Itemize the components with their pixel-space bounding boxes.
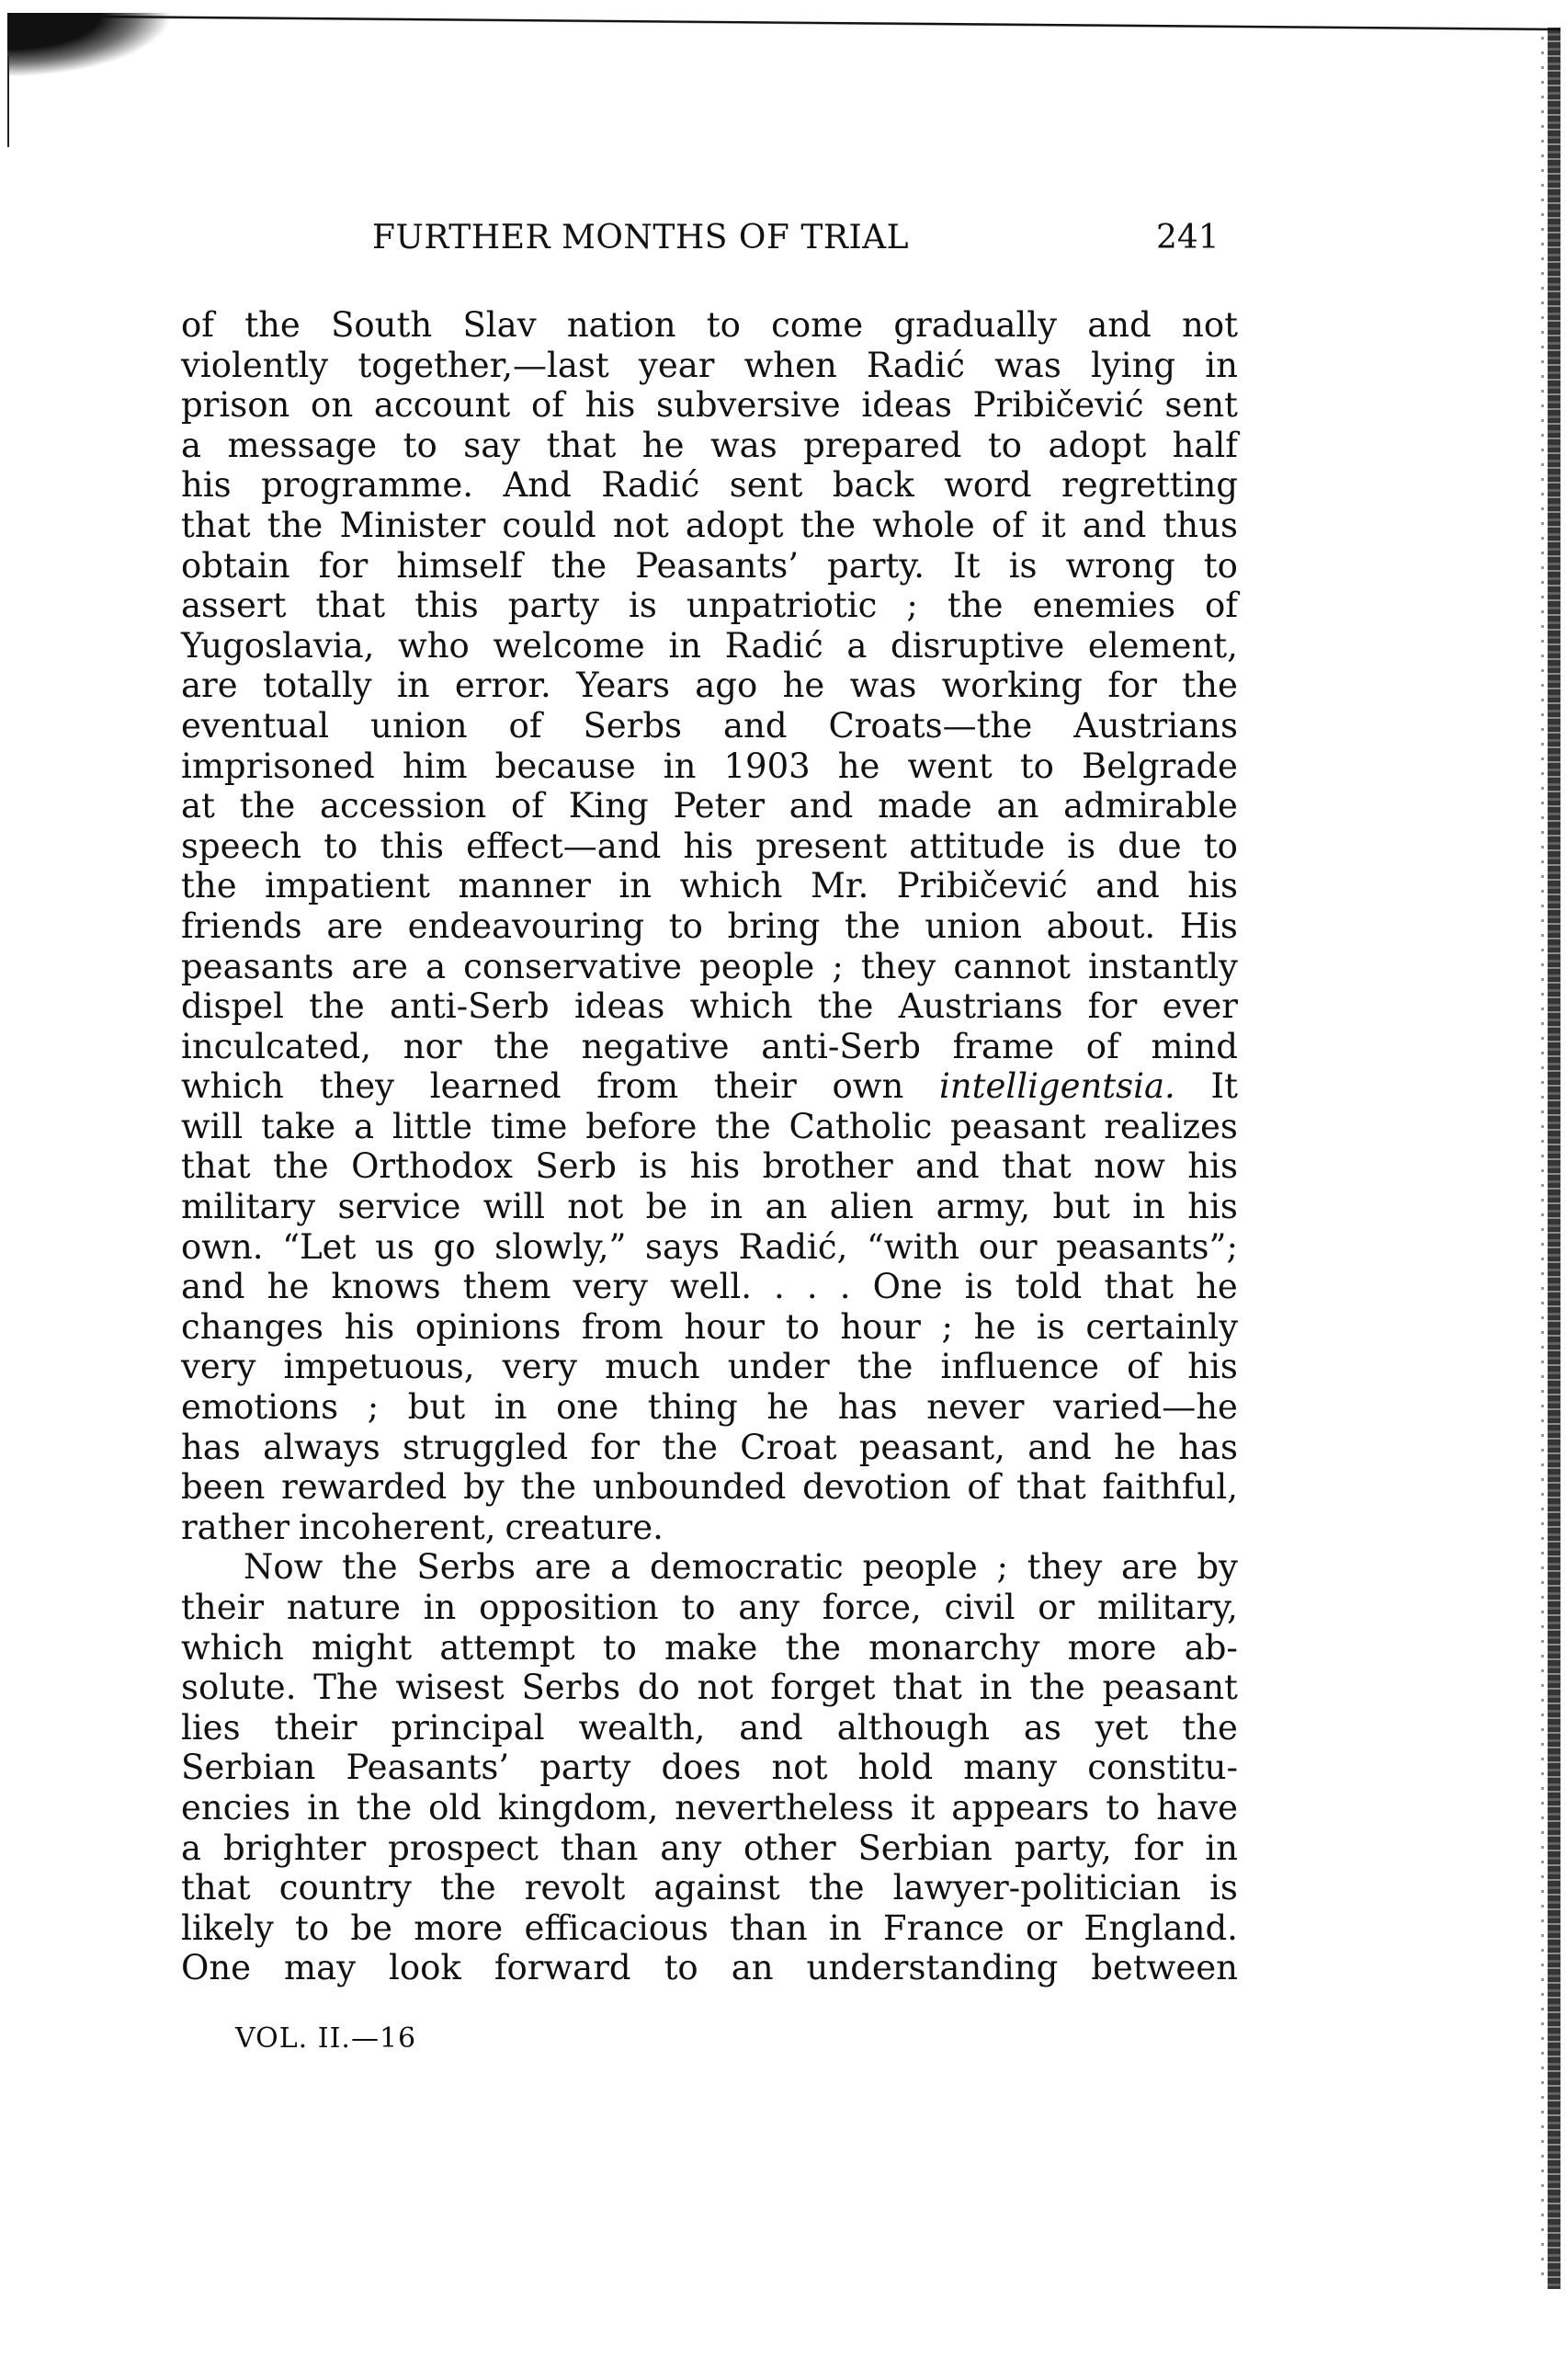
word: half — [1173, 426, 1238, 466]
word: to — [1020, 746, 1054, 787]
word: the — [357, 1788, 413, 1828]
word: England. — [1084, 1908, 1238, 1949]
word: wrong — [1066, 546, 1175, 586]
word: forget — [770, 1668, 875, 1708]
word: that — [547, 426, 617, 466]
word: is — [965, 1267, 993, 1307]
word: an — [732, 1948, 774, 1988]
text-line: enciesintheoldkingdom,neverthelessitappe… — [181, 1788, 1238, 1828]
word: the — [551, 546, 607, 586]
word: than — [561, 1828, 639, 1869]
word: he — [642, 426, 685, 466]
text-line: beenrewardedbytheunboundeddevotionofthat… — [181, 1467, 1238, 1508]
word: an — [766, 1187, 808, 1227]
word: of — [1086, 1027, 1119, 1067]
word: wisest — [395, 1668, 504, 1708]
word: their — [714, 1066, 797, 1107]
word: obtain — [181, 546, 290, 586]
word: rewarded — [281, 1467, 447, 1508]
word: attitude — [909, 826, 1045, 867]
word: ; — [942, 1307, 953, 1348]
word: the — [494, 1027, 550, 1067]
word: is — [1009, 546, 1038, 586]
word: that — [1016, 1467, 1086, 1508]
word: accession — [320, 786, 486, 826]
word: One — [873, 1267, 943, 1307]
word: he — [267, 1267, 310, 1307]
word: but — [1053, 1187, 1110, 1227]
word: His — [1180, 906, 1238, 947]
word: has — [181, 1428, 241, 1468]
word: been — [181, 1467, 265, 1508]
word: unbounded — [593, 1467, 787, 1508]
word: solute. — [181, 1668, 296, 1708]
word: message — [228, 426, 378, 466]
word: always — [263, 1428, 380, 1468]
word: Serbs — [521, 1668, 620, 1708]
word: wealth, — [578, 1708, 705, 1748]
word: in — [1205, 346, 1238, 386]
word: and — [723, 706, 788, 746]
word: hold — [858, 1748, 934, 1788]
word: the — [818, 986, 874, 1027]
word: Slav — [462, 305, 536, 346]
word: appears — [951, 1788, 1089, 1828]
word: regretting — [1061, 465, 1238, 506]
word: when — [744, 346, 837, 386]
word: is — [1067, 826, 1095, 867]
word: own — [833, 1066, 904, 1107]
text-line: likelytobemoreefficaciousthaninFranceorE… — [181, 1908, 1238, 1949]
word: not — [1182, 305, 1238, 346]
word: of — [181, 305, 214, 346]
text-line: willtakealittletimebeforetheCatholicpeas… — [181, 1107, 1238, 1147]
word: he — [1196, 1267, 1238, 1307]
word: go — [434, 1227, 476, 1268]
word: says — [645, 1227, 720, 1268]
word: his — [1187, 1146, 1238, 1187]
text-line: thattheOrthodoxSerbishisbrotherandthatno… — [181, 1146, 1238, 1187]
text-line: friendsareendeavouringtobringtheunionabo… — [181, 906, 1238, 947]
word: in — [664, 746, 697, 787]
word: that — [181, 1146, 251, 1187]
word: the — [1029, 1668, 1085, 1708]
word: bring — [728, 906, 821, 947]
word: peasant — [1103, 1668, 1238, 1708]
word: to — [669, 906, 703, 947]
word: lawyer-politician — [893, 1868, 1181, 1908]
text-line: emotions;butinonethinghehasnevervaried—h… — [181, 1387, 1238, 1428]
text-line: prisononaccountofhissubversiveideasPribi… — [181, 385, 1238, 426]
text-line: amessagetosaythathewaspreparedtoadopthal… — [181, 426, 1238, 466]
word: in — [618, 866, 652, 906]
word: the — [244, 305, 301, 346]
word: nature — [287, 1588, 401, 1628]
word: anti-Serb — [761, 1027, 921, 1067]
word: a — [354, 1107, 374, 1147]
word: they — [320, 1066, 395, 1107]
word: a — [610, 1547, 630, 1588]
word: not — [567, 1187, 623, 1227]
word: subversive — [656, 385, 841, 426]
word: party — [508, 586, 599, 626]
word: went — [908, 746, 993, 787]
text-line: inculcated,northenegativeanti-Serbframeo… — [181, 1027, 1238, 1067]
scan-right-edge-detail — [1541, 37, 1544, 2280]
text-line: assertthatthispartyisunpatriotic;theenem… — [181, 586, 1238, 626]
word: ideas — [861, 385, 951, 426]
word: to — [403, 426, 437, 466]
word: of — [531, 385, 564, 426]
word: working — [942, 666, 1083, 706]
scan-right-edge — [1548, 28, 1560, 2289]
word: of — [967, 1467, 1000, 1508]
word: is — [1037, 1307, 1065, 1348]
word: and — [789, 786, 854, 826]
word: which — [690, 986, 793, 1027]
word: unpatriotic — [687, 586, 878, 626]
text-line: attheaccessionofKingPeterandmadeanadmira… — [181, 786, 1238, 826]
word: very — [573, 1267, 648, 1307]
word: a — [181, 426, 201, 466]
word: hour — [684, 1307, 765, 1348]
word: in — [307, 1788, 340, 1828]
word: and — [739, 1708, 803, 1748]
word: take — [261, 1107, 335, 1147]
word: Pribičević — [897, 866, 1068, 906]
word: the — [857, 1347, 913, 1387]
word: the — [785, 1628, 841, 1668]
word: about. — [1047, 906, 1155, 947]
word: Austrians — [899, 986, 1063, 1027]
text-line: ratherincoherent,creature. — [181, 1508, 1238, 1548]
word: programme. — [261, 465, 473, 506]
word: their — [181, 1588, 264, 1628]
word: he — [838, 746, 880, 787]
word: party. — [827, 546, 925, 586]
word: nevertheless — [675, 1788, 894, 1828]
word: one — [556, 1387, 618, 1428]
word: friends — [181, 906, 302, 947]
word: The — [313, 1668, 378, 1708]
word: Radić — [867, 346, 965, 386]
word: and — [915, 1146, 980, 1187]
word: that — [1104, 1267, 1174, 1307]
text-line: hisprogramme.AndRadićsentbackwordregrett… — [181, 465, 1238, 506]
word: gradually — [893, 305, 1057, 346]
text-line: eventualunionofSerbsandCroats—theAustria… — [181, 706, 1238, 746]
text-line: solute.ThewisestSerbsdonotforgetthatinth… — [181, 1668, 1238, 1708]
word: made — [878, 786, 972, 826]
word: service — [337, 1187, 460, 1227]
word: a — [846, 626, 867, 666]
word: us — [375, 1227, 414, 1268]
word: knows — [331, 1267, 440, 1307]
word: was — [850, 666, 917, 706]
word: attempt — [439, 1628, 574, 1668]
word: to — [988, 426, 1022, 466]
word: ever — [1163, 986, 1238, 1027]
word: very — [503, 1347, 577, 1387]
word: understanding — [807, 1948, 1059, 1988]
text-line: whichtheylearnedfromtheirownintelligents… — [181, 1066, 1238, 1107]
text-line: militaryservicewillnotbeinanalienarmy,bu… — [181, 1187, 1238, 1227]
word: and — [1083, 506, 1147, 546]
word: frame — [953, 1027, 1054, 1067]
word: lies — [181, 1708, 241, 1748]
word: influence — [941, 1347, 1100, 1387]
word: for — [1134, 1828, 1184, 1869]
word: union — [370, 706, 468, 746]
word: Mr. — [811, 866, 868, 906]
word: be — [350, 1908, 392, 1949]
text-line: NowtheSerbsareademocraticpeople;theyareb… — [181, 1547, 1238, 1588]
word: totally — [263, 666, 372, 706]
word: on — [311, 385, 353, 426]
word: . — [774, 1267, 785, 1307]
word: thus — [1163, 506, 1238, 546]
word: Orthodox — [351, 1146, 513, 1187]
word: his — [690, 1146, 741, 1187]
word: It — [953, 546, 980, 586]
word: eventual — [181, 706, 329, 746]
word: could — [502, 506, 596, 546]
word: party, — [1015, 1828, 1112, 1869]
text-line: SerbianPeasants’partydoesnotholdmanycons… — [181, 1748, 1238, 1788]
word: learned — [430, 1066, 562, 1107]
word: to — [786, 1307, 820, 1348]
word: but — [408, 1387, 465, 1428]
word: to — [707, 305, 741, 346]
word: Radić, — [739, 1227, 848, 1268]
word: it — [911, 1788, 936, 1828]
word: time — [491, 1107, 568, 1147]
word: alien — [830, 1187, 913, 1227]
word: error. — [455, 666, 551, 706]
word: cannot — [953, 947, 1071, 987]
word: ab- — [1185, 1628, 1238, 1668]
text-line: andheknowsthemverywell....Oneistoldthath… — [181, 1267, 1238, 1307]
word: for — [1107, 666, 1157, 706]
word: force, — [823, 1588, 922, 1628]
text-line: peasantsareaconservativepeople;theycanno… — [181, 947, 1238, 987]
word: the — [267, 506, 323, 546]
word: his — [585, 385, 636, 426]
word: the — [520, 1467, 576, 1508]
word: not — [613, 506, 669, 546]
word: of — [992, 506, 1025, 546]
word: likely — [181, 1908, 274, 1949]
word: very — [181, 1347, 255, 1387]
word: the — [809, 1868, 865, 1908]
word: which — [181, 1628, 284, 1668]
text-line: violentlytogether,—lastyearwhenRadićwasl… — [181, 346, 1238, 386]
word: by — [1197, 1547, 1238, 1588]
word: the — [309, 986, 365, 1027]
word: other — [743, 1828, 836, 1869]
word: Pribičević — [973, 385, 1144, 426]
word: and — [181, 1267, 245, 1307]
text-line: oftheSouthSlavnationtocomegraduallyandno… — [181, 305, 1238, 346]
word: Austrians — [1073, 706, 1238, 746]
word: principal — [391, 1708, 544, 1748]
word: army, — [936, 1187, 1031, 1227]
word: he — [783, 666, 825, 706]
word: democratic — [650, 1547, 844, 1588]
word: revolt — [525, 1868, 625, 1908]
word: ; — [906, 586, 917, 626]
word: slowly,” — [494, 1227, 626, 1268]
word: ideas — [574, 986, 664, 1027]
body-text: oftheSouthSlavnationtocomegraduallyandno… — [181, 305, 1238, 1988]
word: varied—he — [1053, 1387, 1238, 1428]
text-line: abrighterprospectthananyotherSerbianpart… — [181, 1828, 1238, 1869]
word: which — [181, 1066, 284, 1107]
word: an — [997, 786, 1039, 826]
word: civil — [944, 1588, 1015, 1628]
word: does — [662, 1748, 742, 1788]
word: prospect — [388, 1828, 539, 1869]
signature-mark: VOL. II.—16 — [235, 2022, 416, 2055]
word: . — [807, 1267, 818, 1307]
word: his — [683, 826, 733, 867]
text-line: own.“Letusgoslowly,”saysRadić,“withourpe… — [181, 1227, 1238, 1268]
word: nation — [567, 305, 676, 346]
word: before — [585, 1107, 697, 1147]
word: Serb — [535, 1146, 617, 1187]
word: his — [345, 1307, 395, 1348]
word: hour — [840, 1307, 921, 1348]
word: the — [240, 786, 296, 826]
word: nor — [403, 1027, 462, 1067]
word: the — [845, 906, 901, 947]
word: 1903 — [724, 746, 811, 787]
word: more — [1068, 1628, 1157, 1668]
text-line: changeshisopinionsfromhourtohour;heiscer… — [181, 1307, 1238, 1348]
word: Peasants’ — [635, 546, 799, 586]
word: anti-Serb — [390, 986, 550, 1027]
word: although — [837, 1708, 990, 1748]
word: word — [944, 465, 1031, 506]
word: peasants”; — [1056, 1227, 1238, 1268]
word: the — [273, 1146, 329, 1187]
word: incoherent, — [299, 1508, 495, 1548]
word: due — [1118, 826, 1181, 867]
text-line: obtainforhimselfthePeasants’party.Itiswr… — [181, 546, 1238, 586]
word: opinions — [415, 1307, 562, 1348]
word: he — [974, 1307, 1016, 1348]
word: and — [1087, 305, 1152, 346]
word: Yugoslavia, — [181, 626, 374, 666]
word: which — [680, 866, 783, 906]
word: enemies — [1033, 586, 1175, 626]
word: that — [1002, 1146, 1072, 1187]
word: own. — [181, 1227, 264, 1268]
word: realizes — [1104, 1107, 1238, 1147]
word: that — [316, 586, 386, 626]
word: adopt — [686, 506, 784, 546]
word: monarchy — [868, 1628, 1039, 1668]
word: many — [963, 1748, 1057, 1788]
word: the — [1182, 1708, 1238, 1748]
word: Catholic — [789, 1107, 933, 1147]
word: to — [664, 1948, 698, 1988]
word: in — [397, 666, 430, 706]
word: has — [838, 1387, 898, 1428]
word: might — [312, 1628, 412, 1668]
word: “Let — [282, 1227, 356, 1268]
running-title: FURTHER MONTHS OF TRIAL — [372, 219, 909, 256]
word: sent — [730, 465, 803, 506]
word: encies — [181, 1788, 290, 1828]
text-line: dispeltheanti-SerbideaswhichtheAustrians… — [181, 986, 1238, 1027]
word: any — [738, 1588, 800, 1628]
word: and — [1095, 866, 1160, 906]
word: now — [1094, 1146, 1165, 1187]
word: not — [698, 1668, 754, 1708]
word: Serbs — [583, 706, 682, 746]
word: kingdom, — [498, 1788, 659, 1828]
word: struggled — [403, 1428, 568, 1468]
word: old — [428, 1788, 482, 1828]
word: will — [181, 1107, 243, 1147]
word: because — [495, 746, 636, 787]
word: brother — [763, 1146, 893, 1187]
word: against — [653, 1868, 779, 1908]
word: mind — [1151, 1027, 1237, 1067]
word: to — [1106, 1788, 1140, 1828]
word: are — [351, 947, 408, 987]
word: much — [605, 1347, 699, 1387]
word: sent — [1164, 385, 1238, 426]
word: ; — [368, 1387, 379, 1428]
word: violently — [181, 346, 328, 386]
word: Peasants’ — [346, 1748, 509, 1788]
word: military — [181, 1187, 315, 1227]
word: was — [994, 346, 1061, 386]
word: faithful, — [1103, 1467, 1238, 1508]
word: Serbs — [416, 1547, 516, 1588]
word: himself — [396, 546, 522, 586]
word: brighter — [223, 1828, 366, 1869]
word: have — [1156, 1788, 1238, 1828]
word: in — [710, 1187, 743, 1227]
word: thing — [648, 1387, 738, 1428]
word: this — [380, 826, 444, 867]
text-line: imprisonedhimbecausein1903hewenttoBelgra… — [181, 746, 1238, 787]
word: or — [1038, 1588, 1074, 1628]
word: adopt — [1049, 426, 1147, 466]
word: for — [1088, 986, 1138, 1027]
text-line: speechtothiseffect—andhispresentattitude… — [181, 826, 1238, 867]
word: never — [926, 1387, 1024, 1428]
word: he — [766, 1387, 809, 1428]
word: certainly — [1085, 1307, 1238, 1348]
word: his — [1187, 866, 1238, 906]
word: they — [861, 947, 936, 987]
word: South — [331, 305, 432, 346]
word: One — [181, 1948, 251, 1988]
word: It — [1211, 1066, 1238, 1107]
word: is — [639, 1146, 667, 1187]
word: union — [925, 906, 1022, 947]
word: that — [181, 506, 251, 546]
word: our — [979, 1227, 1038, 1268]
word: make — [664, 1628, 757, 1668]
word: devotion — [802, 1467, 951, 1508]
word: the — [948, 586, 1004, 626]
word: in — [1132, 1187, 1165, 1227]
